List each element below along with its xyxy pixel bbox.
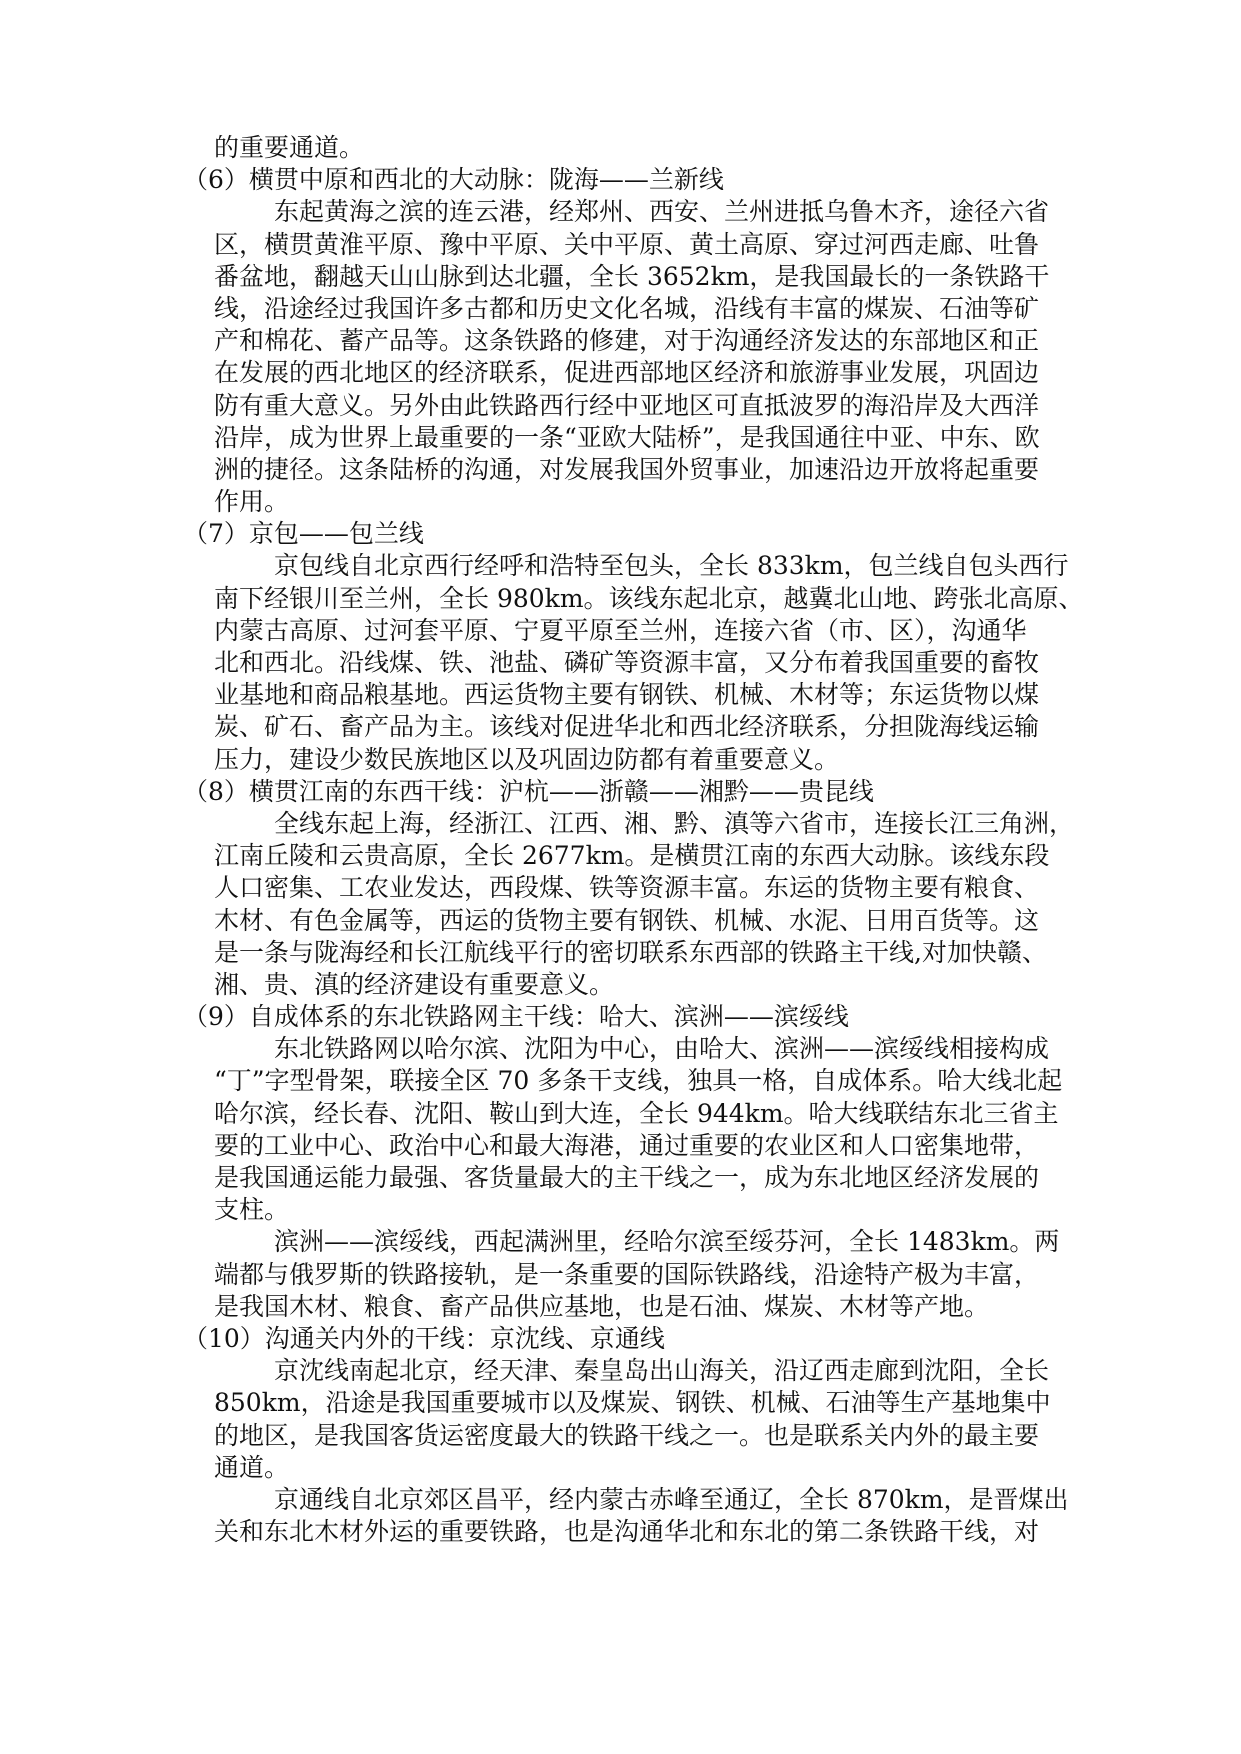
document-page: 的重要通道。 （6）横贯中原和西北的大动脉：陇海——兰新线 东起黄海之滨的连云港… (183, 132, 1063, 1548)
body-line: 业基地和商品粮基地。西运货物主要有钢铁、机械、木材等；东运货物以煤 (183, 679, 1063, 711)
body-line: 是一条与陇海经和长江航线平行的密切联系东西部的铁路主干线,对加快赣、 (183, 937, 1063, 969)
body-line: 南下经银川至兰州，全长 980km。该线东起北京，越冀北山地、跨张北高原、 (183, 583, 1063, 615)
body-line: 江南丘陵和云贵高原，全长 2677km。是横贯江南的东西大动脉。该线东段 (183, 840, 1063, 872)
body-line: 沿岸，成为世界上最重要的一条“亚欧大陆桥”，是我国通往中亚、中东、欧 (183, 422, 1063, 454)
section-heading-10: （10）沟通关内外的干线：京沈线、京通线 (183, 1323, 1063, 1355)
body-line: 线，沿途经过我国许多古都和历史文化名城，沿线有丰富的煤炭、石油等矿 (183, 293, 1063, 325)
body-line: 木材、有色金属等，西运的货物主要有钢铁、机械、水泥、日用百货等。这 (183, 905, 1063, 937)
body-line: 是我国通运能力最强、客货量最大的主干线之一，成为东北地区经济发展的 (183, 1162, 1063, 1194)
section-heading-6: （6）横贯中原和西北的大动脉：陇海——兰新线 (183, 164, 1063, 196)
body-line: 湘、贵、滇的经济建设有重要意义。 (183, 969, 1063, 1001)
section-heading-8: （8）横贯江南的东西干线：沪杭——浙赣——湘黔——贵昆线 (183, 776, 1063, 808)
body-line: 通道。 (183, 1452, 1063, 1484)
body-line: 滨洲——滨绥线，西起满洲里，经哈尔滨至绥芬河，全长 1483km。两 (183, 1226, 1063, 1258)
body-line: 关和东北木材外运的重要铁路，也是沟通华北和东北的第二条铁路干线，对 (183, 1516, 1063, 1548)
body-line: 防有重大意义。另外由此铁路西行经中亚地区可直抵波罗的海沿岸及大西洋 (183, 390, 1063, 422)
body-line: 支柱。 (183, 1194, 1063, 1226)
body-line: 番盆地，翻越天山山脉到达北疆，全长 3652km，是我国最长的一条铁路干 (183, 261, 1063, 293)
body-line: “丁”字型骨架，联接全区 70 多条干支线，独具一格，自成体系。哈大线北起 (183, 1065, 1063, 1097)
section-heading-9: （9）自成体系的东北铁路网主干线：哈大、滨洲——滨绥线 (183, 1001, 1063, 1033)
body-line: 的重要通道。 (183, 132, 1063, 164)
body-line: 内蒙古高原、过河套平原、宁夏平原至兰州，连接六省（市、区），沟通华 (183, 615, 1063, 647)
body-line: 作用。 (183, 486, 1063, 518)
body-line: 京通线自北京郊区昌平，经内蒙古赤峰至通辽，全长 870km，是晋煤出 (183, 1484, 1063, 1516)
body-line: 要的工业中心、政治中心和最大海港，通过重要的农业区和人口密集地带， (183, 1130, 1063, 1162)
body-line: 京包线自北京西行经呼和浩特至包头，全长 833km，包兰线自包头西行 (183, 550, 1063, 582)
body-line: 全线东起上海，经浙江、江西、湘、黔、滇等六省市，连接长江三角洲， (183, 808, 1063, 840)
body-line: 京沈线南起北京，经天津、秦皇岛出山海关，沿辽西走廊到沈阳，全长 (183, 1355, 1063, 1387)
body-line: 北和西北。沿线煤、铁、池盐、磷矿等资源丰富，又分布着我国重要的畜牧 (183, 647, 1063, 679)
body-line: 是我国木材、粮食、畜产品供应基地，也是石油、煤炭、木材等产地。 (183, 1291, 1063, 1323)
body-line: 的地区，是我国客货运密度最大的铁路干线之一。也是联系关内外的最主要 (183, 1420, 1063, 1452)
body-line: 在发展的西北地区的经济联系，促进西部地区经济和旅游事业发展，巩固边 (183, 357, 1063, 389)
body-line: 端都与俄罗斯的铁路接轨，是一条重要的国际铁路线，沿途特产极为丰富， (183, 1259, 1063, 1291)
body-line: 炭、矿石、畜产品为主。该线对促进华北和西北经济联系，分担陇海线运输 (183, 711, 1063, 743)
body-line: 洲的捷径。这条陆桥的沟通，对发展我国外贸事业，加速沿边开放将起重要 (183, 454, 1063, 486)
body-line: 850km，沿途是我国重要城市以及煤炭、钢铁、机械、石油等生产基地集中 (183, 1387, 1063, 1419)
body-line: 产和棉花、蓄产品等。这条铁路的修建，对于沟通经济发达的东部地区和正 (183, 325, 1063, 357)
body-line: 人口密集、工农业发达，西段煤、铁等资源丰富。东运的货物主要有粮食、 (183, 872, 1063, 904)
body-line: 压力，建设少数民族地区以及巩固边防都有着重要意义。 (183, 744, 1063, 776)
section-heading-7: （7）京包——包兰线 (183, 518, 1063, 550)
body-line: 区，横贯黄淮平原、豫中平原、关中平原、黄土高原、穿过河西走廊、吐鲁 (183, 229, 1063, 261)
body-line: 哈尔滨，经长春、沈阳、鞍山到大连，全长 944km。哈大线联结东北三省主 (183, 1098, 1063, 1130)
body-line: 东北铁路网以哈尔滨、沈阳为中心，由哈大、滨洲——滨绥线相接构成 (183, 1033, 1063, 1065)
body-line: 东起黄海之滨的连云港，经郑州、西安、兰州进抵乌鲁木齐，途径六省 (183, 196, 1063, 228)
